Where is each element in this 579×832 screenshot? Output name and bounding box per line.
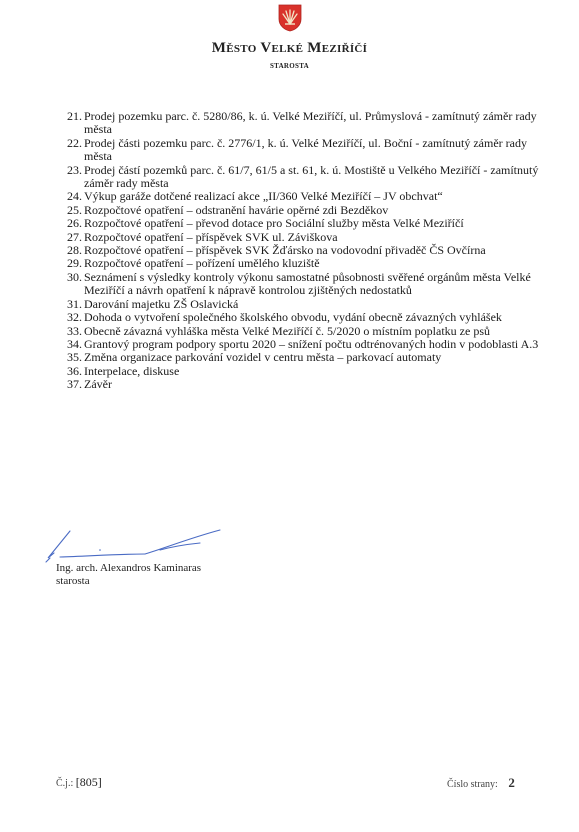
agenda-item-number: 22. (60, 137, 82, 150)
agenda-item-number: 21. (60, 110, 82, 123)
reference-label: Č.j.: (56, 778, 73, 789)
agenda-item: 29.Rozpočtové opatření – pořízení uměléh… (60, 257, 550, 270)
page-number: Číslo strany: 2 (447, 775, 515, 791)
agenda-list: 21.Prodej pozemku parc. č. 5280/86, k. ú… (60, 110, 550, 392)
agenda-item: 30.Seznámení s výsledky kontroly výkonu … (60, 271, 550, 298)
agenda-item-text: Obecně závazná vyhláška města Velké Mezi… (84, 324, 490, 338)
agenda-item-number: 33. (60, 325, 82, 338)
agenda-item: 36.Interpelace, diskuse (60, 365, 550, 378)
agenda-item-text: Závěr (84, 377, 112, 391)
agenda-item: 34.Grantový program podpory sportu 2020 … (60, 338, 550, 351)
agenda-item: 25.Rozpočtové opatření – odstranění havá… (60, 204, 550, 217)
agenda-item-text: Prodej částí pozemků parc. č. 61/7, 61/5… (84, 163, 538, 190)
agenda-item-number: 31. (60, 298, 82, 311)
coat-of-arms-icon (278, 4, 302, 32)
agenda-item-text: Dohoda o vytvoření společného školského … (84, 310, 502, 324)
agenda-item: 27.Rozpočtové opatření – příspěvek SVK u… (60, 231, 550, 244)
signatory-block: Ing. arch. Alexandros Kaminaras starosta (56, 562, 201, 588)
agenda-item-number: 25. (60, 204, 82, 217)
agenda-item-number: 23. (60, 164, 82, 177)
agenda-item: 26.Rozpočtové opatření – převod dotace p… (60, 217, 550, 230)
agenda-item-text: Rozpočtové opatření – příspěvek SVK ul. … (84, 230, 338, 244)
agenda-item-number: 24. (60, 190, 82, 203)
agenda-item: 31.Darování majetku ZŠ Oslavická (60, 298, 550, 311)
agenda-item-text: Rozpočtové opatření – pořízení umělého k… (84, 256, 320, 270)
agenda-item-text: Rozpočtové opatření – odstranění havárie… (84, 203, 388, 217)
agenda-item: 21.Prodej pozemku parc. č. 5280/86, k. ú… (60, 110, 550, 137)
agenda-item-number: 28. (60, 244, 82, 257)
agenda-item-text: Rozpočtové opatření – převod dotace pro … (84, 216, 464, 230)
agenda-item: 37.Závěr (60, 378, 550, 391)
page-label: Číslo strany: (447, 779, 498, 790)
office-subtitle: STAROSTA (0, 62, 579, 70)
agenda-item: 23.Prodej částí pozemků parc. č. 61/7, 6… (60, 164, 550, 191)
signatory-role: starosta (56, 575, 201, 588)
agenda-item-text: Grantový program podpory sportu 2020 – s… (84, 337, 538, 351)
agenda-item-number: 32. (60, 311, 82, 324)
agenda-item-number: 27. (60, 231, 82, 244)
agenda-item-number: 37. (60, 378, 82, 391)
agenda-item: 24.Výkup garáže dotčené realizací akce „… (60, 190, 550, 203)
agenda-item-text: Interpelace, diskuse (84, 364, 179, 378)
reference-value: [805] (76, 775, 102, 789)
agenda-item-text: Prodej pozemku parc. č. 5280/86, k. ú. V… (84, 109, 537, 136)
signatory-name: Ing. arch. Alexandros Kaminaras (56, 562, 201, 575)
page-number-value: 2 (508, 775, 515, 790)
town-title: Město Velké Meziříčí (0, 40, 579, 57)
agenda-item-number: 26. (60, 217, 82, 230)
agenda-item-number: 30. (60, 271, 82, 284)
agenda-item: 32.Dohoda o vytvoření společného školské… (60, 311, 550, 324)
agenda-item-number: 29. (60, 257, 82, 270)
agenda-item-text: Výkup garáže dotčené realizací akce „II/… (84, 189, 443, 203)
agenda-item-text: Změna organizace parkování vozidel v cen… (84, 350, 441, 364)
agenda-item-number: 34. (60, 338, 82, 351)
agenda-item-number: 36. (60, 365, 82, 378)
agenda-item: 28.Rozpočtové opatření – příspěvek SVK Ž… (60, 244, 550, 257)
agenda-item: 35.Změna organizace parkování vozidel v … (60, 351, 550, 364)
agenda-item: 33.Obecně závazná vyhláška města Velké M… (60, 325, 550, 338)
agenda-item: 22.Prodej části pozemku parc. č. 2776/1,… (60, 137, 550, 164)
agenda-item-text: Darování majetku ZŠ Oslavická (84, 297, 238, 311)
agenda-item-number: 35. (60, 351, 82, 364)
agenda-item-text: Rozpočtové opatření – příspěvek SVK Žďár… (84, 243, 486, 257)
agenda-item-text: Prodej části pozemku parc. č. 2776/1, k.… (84, 136, 527, 163)
agenda-item-text: Seznámení s výsledky kontroly výkonu sam… (84, 270, 531, 297)
reference-number: Č.j.: [805] (56, 775, 102, 790)
